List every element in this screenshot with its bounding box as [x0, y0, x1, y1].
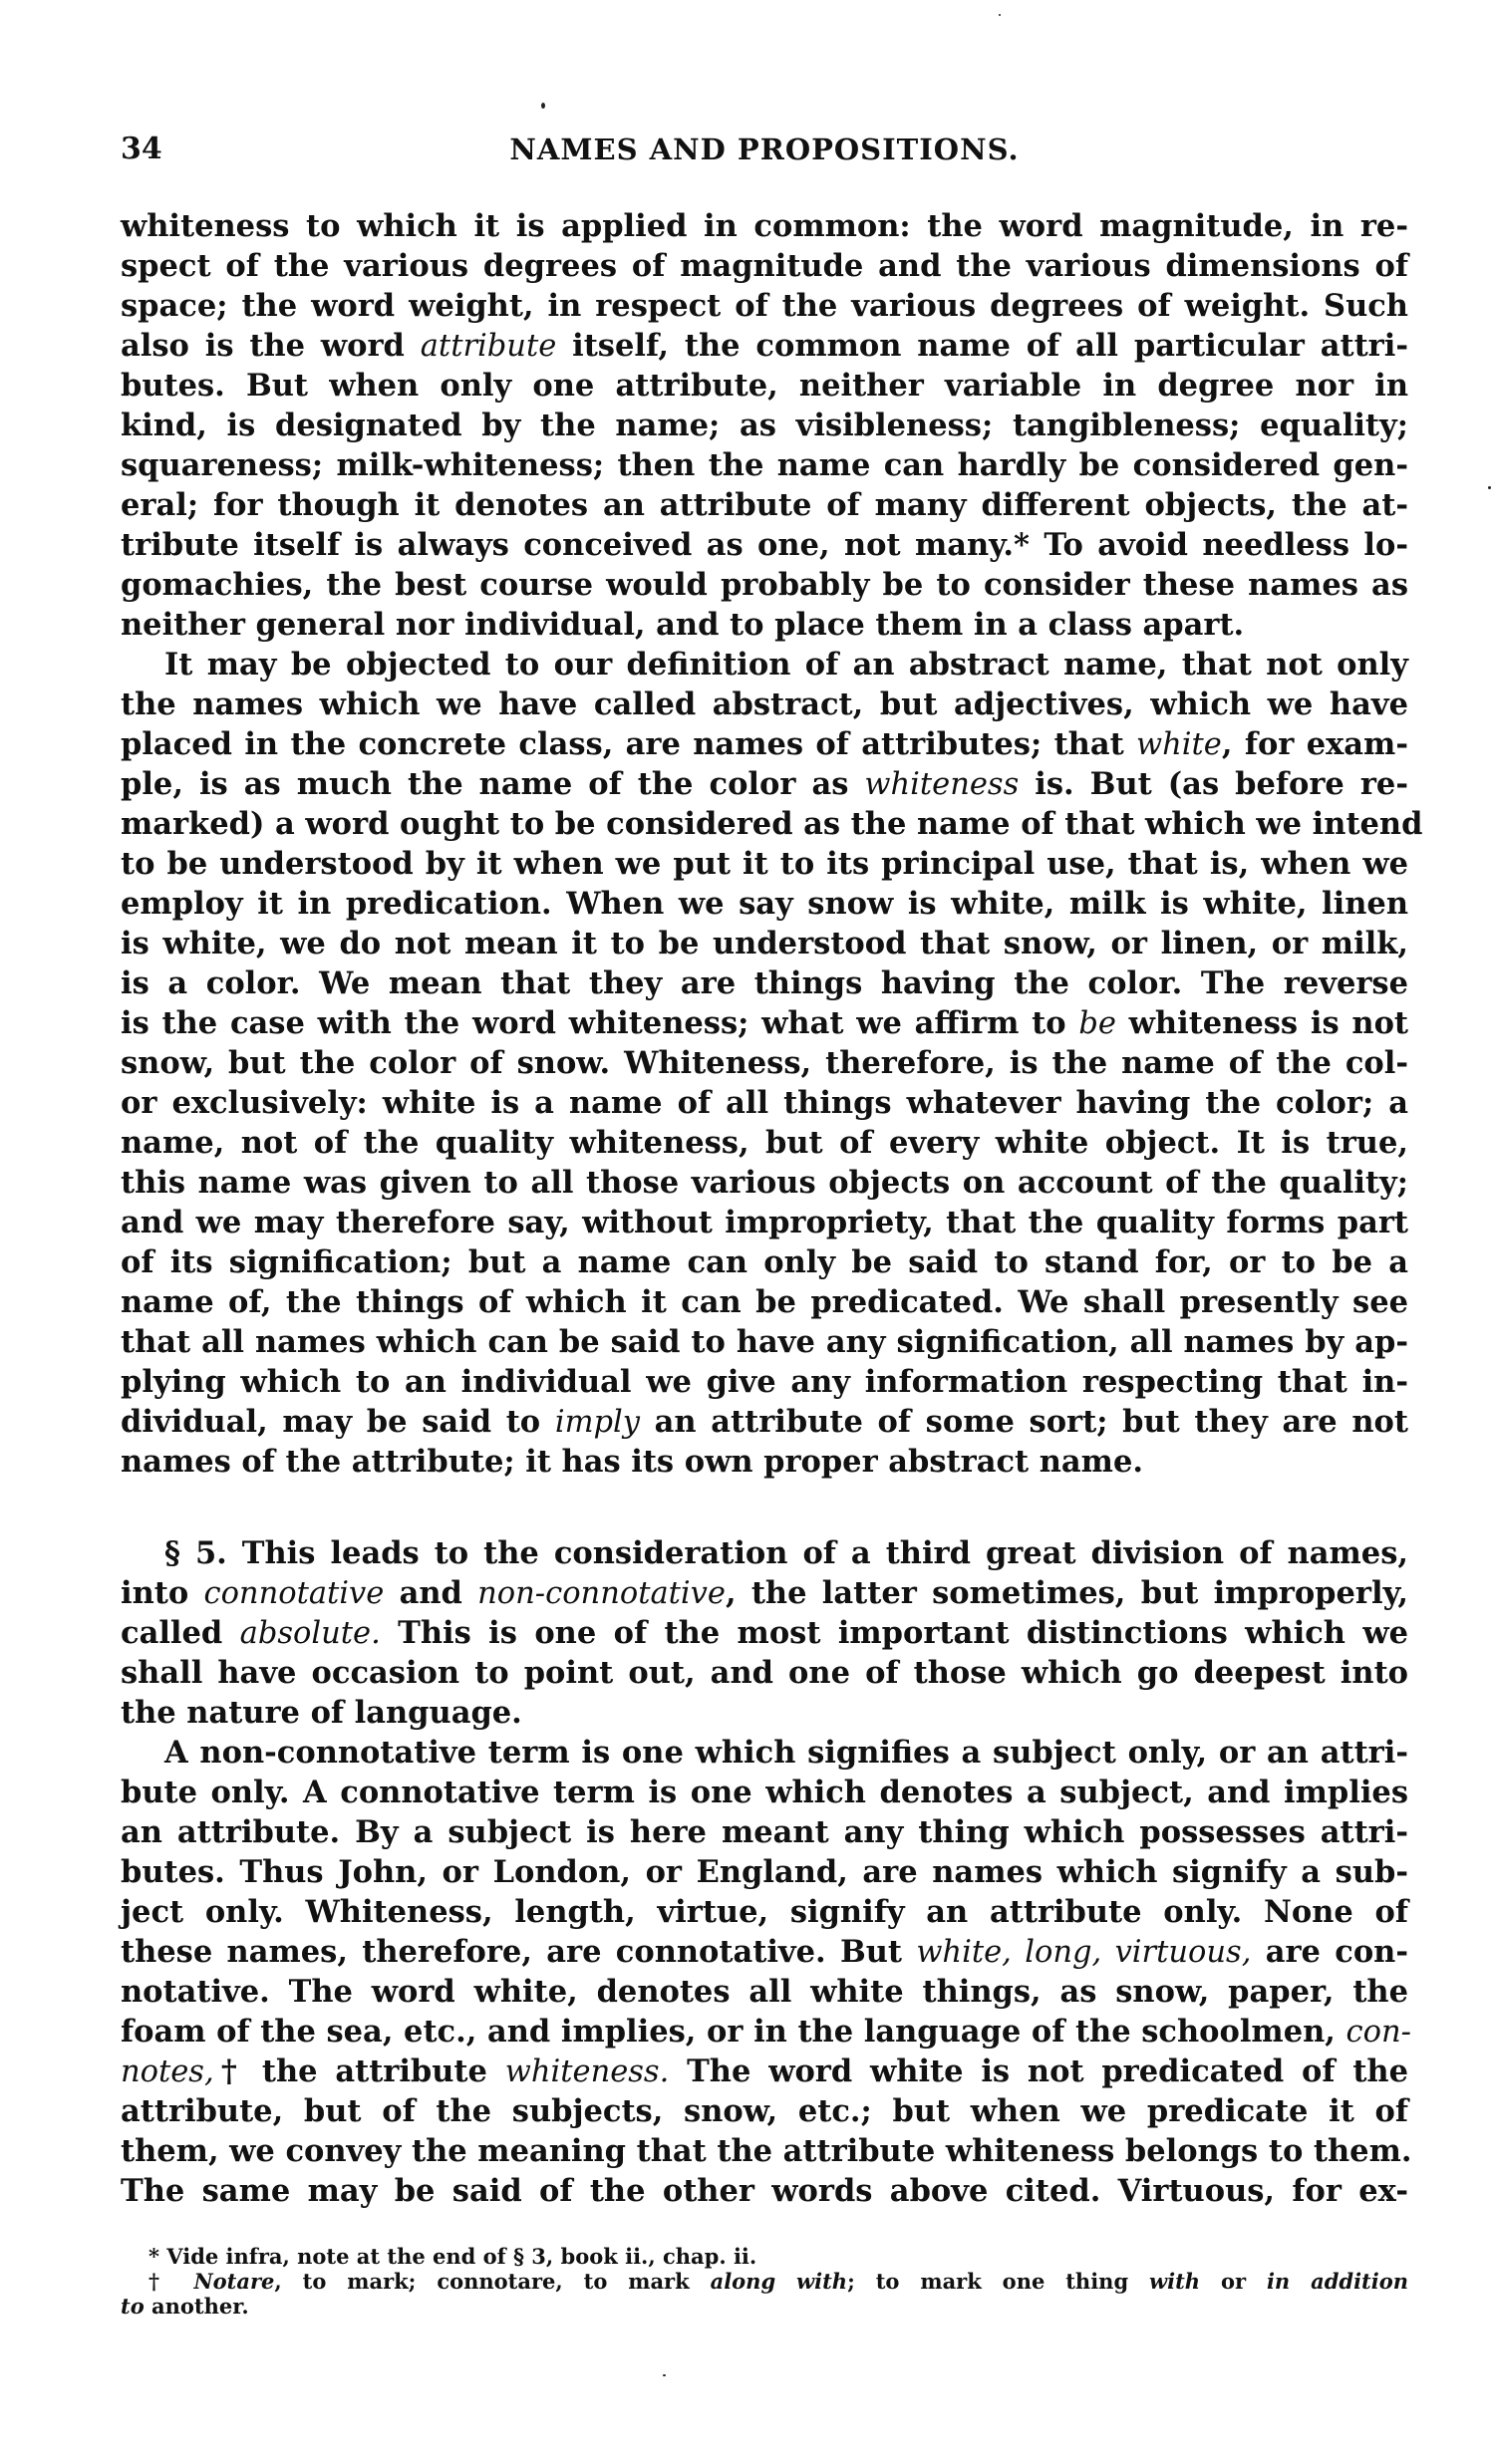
text-run: and [384, 1575, 477, 1611]
text-run: is. But (as before re- [1019, 766, 1408, 802]
italic-text: be [1078, 1006, 1116, 1041]
text-line: and we may therefore say, without improp… [121, 1203, 1408, 1242]
text-run: an attribute. By a subject is here meant… [121, 1814, 1408, 1850]
text-run: dividual, may be said to [121, 1404, 555, 1440]
text-run: also is the word [121, 328, 421, 364]
running-title: NAMES AND PROPOSITIONS. [121, 128, 1408, 171]
text-run: marked) a word ought to be considered as… [121, 806, 1422, 842]
text-line: into connotative and non-connotative, th… [121, 1573, 1408, 1613]
text-line: to be understood by it when we put it to… [121, 844, 1408, 884]
text-run: the nature of language. [121, 1695, 522, 1731]
text-line: neither general nor individual, and to p… [121, 605, 1408, 645]
text-run: It may be objected to our definition of … [164, 647, 1408, 683]
text-run: neither general nor individual, and to p… [121, 607, 1244, 643]
text-line: bute only. A connotative term is one whi… [121, 1773, 1408, 1812]
text-run: them, we convey the meaning that the att… [121, 2133, 1411, 2169]
text-line: kind, is designated by the name; as visi… [121, 406, 1408, 445]
italic-text: notes, [121, 2054, 214, 2089]
text-line: the names which we have called abstract,… [121, 684, 1408, 724]
text-line: ject only. Whiteness, length, virtue, si… [121, 1892, 1408, 1932]
scan-speck-bottom [663, 2374, 666, 2376]
text-run: , to mark; connotare, to mark [274, 2269, 710, 2294]
text-line: The same may be said of the other words … [121, 2171, 1408, 2211]
text-run: is white, we do not mean it to be unders… [121, 926, 1408, 961]
italic-text: non-connotative [477, 1576, 726, 1611]
text-run: whiteness is not [1116, 1005, 1408, 1041]
text-run: , for exam- [1222, 726, 1408, 762]
text-run: § 5. This leads to the consideration of … [164, 1535, 1408, 1571]
text-line: space; the word weight, in respect of th… [121, 286, 1408, 326]
text-run: notative. The word white, denotes all wh… [121, 1974, 1408, 2010]
text-line: butes. But when only one attribute, neit… [121, 366, 1408, 406]
text-run: and we may therefore say, without improp… [121, 1205, 1408, 1240]
text-run: † the attribute [214, 2053, 505, 2089]
italic-text: con- [1346, 2015, 1411, 2050]
text-run: This is one of the most important distin… [381, 1615, 1408, 1651]
text-run: ject only. Whiteness, length, virtue, si… [121, 1894, 1408, 1930]
text-run: to be understood by it when we put it to… [121, 846, 1408, 882]
text-run: The same may be said of the other words … [121, 2173, 1408, 2209]
text-line: also is the word attribute itself, the c… [121, 326, 1408, 366]
text-line: spect of the various degrees of magnitud… [121, 246, 1408, 286]
italic-text: white, long, virtuous, [916, 1935, 1251, 1970]
footnote-line: to another. [121, 2294, 1408, 2319]
text-line: gomachies, the best course would probabl… [121, 565, 1408, 605]
text-run: shall have occasion to point out, and on… [121, 1655, 1408, 1691]
text-line: attribute, but of the subjects, snow, et… [121, 2091, 1408, 2131]
text-run: The word white is not predicated of the [669, 2053, 1408, 2089]
text-run: snow, but the color of snow. Whiteness, … [121, 1045, 1408, 1081]
text-run: * Vide infra, note at the end of § 3, bo… [149, 2244, 756, 2269]
italic-text: imply [555, 1405, 640, 1440]
text-run: ple, is as much the name of the color as [121, 766, 864, 802]
text-run: squareness; milk-whiteness; then the nam… [121, 447, 1408, 483]
text-line: name of, the things of which it can be p… [121, 1282, 1408, 1322]
text-run: itself, the common name of all particula… [556, 328, 1408, 364]
text-line: these names, therefore, are connotative.… [121, 1932, 1408, 1972]
text-line: plying which to an individual we give an… [121, 1362, 1408, 1402]
text-run: tribute itself is always conceived as on… [121, 527, 1408, 563]
italic-text: absolute. [240, 1616, 381, 1651]
text-run: is the case with the word whiteness; wha… [121, 1005, 1078, 1041]
text-line: notes,† the attribute whiteness. The wor… [121, 2052, 1408, 2091]
text-run: names of the attribute; it has its own p… [121, 1444, 1143, 1480]
text-line: is the case with the word whiteness; wha… [121, 1003, 1408, 1043]
text-line: butes. Thus John, or London, or England,… [121, 1852, 1408, 1892]
text-run: foam of the sea, etc., and implies, or i… [121, 2014, 1346, 2050]
text-run: into [121, 1575, 203, 1611]
text-line: name, not of the quality whiteness, but … [121, 1123, 1408, 1163]
text-line: ple, is as much the name of the color as… [121, 764, 1408, 804]
text-line: this name was given to all those various… [121, 1163, 1408, 1203]
footnote-line: * Vide infra, note at the end of § 3, bo… [121, 2244, 1408, 2269]
text-run: is a color. We mean that they are things… [121, 965, 1408, 1001]
text-run: eral; for though it denotes an attribute… [121, 487, 1408, 523]
text-run: employ it in predication. When we say sn… [121, 886, 1408, 922]
text-line: or exclusively: white is a name of all t… [121, 1083, 1408, 1123]
italic-text: Notare [193, 2269, 274, 2294]
italic-text: connotative [203, 1576, 384, 1611]
text-line: It may be objected to our definition of … [121, 645, 1408, 684]
text-run: , the latter sometimes, but improperly, [726, 1575, 1408, 1611]
text-line: names of the attribute; it has its own p… [121, 1442, 1408, 1482]
text-run: placed in the concrete class, are names … [121, 726, 1136, 762]
text-line: placed in the concrete class, are names … [121, 724, 1408, 764]
text-line: foam of the sea, etc., and implies, or i… [121, 2012, 1408, 2052]
text-run: name, not of the quality whiteness, but … [121, 1125, 1408, 1161]
text-line: shall have occasion to point out, and on… [121, 1653, 1408, 1693]
text-run: attribute, but of the subjects, snow, et… [121, 2093, 1408, 2129]
text-line: whiteness to which it is applied in comm… [121, 206, 1408, 246]
text-run: these names, therefore, are connotative.… [121, 1934, 916, 1970]
text-line: called absolute. This is one of the most… [121, 1613, 1408, 1653]
text-line: that all names which can be said to have… [121, 1322, 1408, 1362]
italic-text: whiteness [864, 767, 1019, 802]
text-run: or [1200, 2269, 1267, 2294]
body-text: whiteness to which it is applied in comm… [121, 206, 1408, 2211]
text-run: name of, the things of which it can be p… [121, 1284, 1408, 1320]
running-head: 34 NAMES AND PROPOSITIONS. [121, 128, 1408, 171]
text-line: them, we convey the meaning that the att… [121, 2131, 1408, 2171]
text-line: tribute itself is always conceived as on… [121, 525, 1408, 565]
italic-text: in addition [1267, 2269, 1408, 2294]
scan-speck-margin [1488, 486, 1491, 489]
text-run: are con- [1251, 1934, 1408, 1970]
italic-text: whiteness. [505, 2054, 670, 2089]
text-line: § 5. This leads to the consideration of … [121, 1533, 1408, 1573]
text-run: plying which to an individual we give an… [121, 1364, 1408, 1400]
text-run: this name was given to all those various… [121, 1165, 1408, 1201]
text-run: space; the word weight, in respect of th… [121, 288, 1408, 324]
text-run: an attribute of some sort; but they are … [640, 1404, 1408, 1440]
text-line: is a color. We mean that they are things… [121, 963, 1408, 1003]
text-run: or exclusively: white is a name of all t… [121, 1085, 1408, 1121]
text-run: A non-connotative term is one which sign… [164, 1735, 1408, 1771]
text-line: marked) a word ought to be considered as… [121, 804, 1408, 844]
footnotes: * Vide infra, note at the end of § 3, bo… [121, 2244, 1408, 2319]
text-run: that all names which can be said to have… [121, 1324, 1408, 1360]
text-line: dividual, may be said to imply an attrib… [121, 1402, 1408, 1442]
text-run: called [121, 1615, 240, 1651]
text-line: squareness; milk-whiteness; then the nam… [121, 445, 1408, 485]
text-line: the nature of language. [121, 1693, 1408, 1733]
italic-text: along with [711, 2269, 847, 2294]
text-run: kind, is designated by the name; as visi… [121, 408, 1408, 443]
text-line: eral; for though it denotes an attribute… [121, 485, 1408, 525]
italic-text: with [1149, 2269, 1200, 2294]
text-line: A non-connotative term is one which sign… [121, 1733, 1408, 1773]
italic-text: to [121, 2294, 145, 2319]
text-line: employ it in predication. When we say sn… [121, 884, 1408, 924]
text-run: another. [145, 2294, 249, 2319]
scan-speck-top [541, 103, 545, 109]
text-run: ; to mark one thing [847, 2269, 1149, 2294]
text-line: snow, but the color of snow. Whiteness, … [121, 1043, 1408, 1083]
text-run: whiteness to which it is applied in comm… [121, 208, 1408, 244]
italic-text: attribute [421, 329, 557, 364]
scan-speck-corner [999, 14, 1001, 16]
text-run: gomachies, the best course would probabl… [121, 567, 1408, 603]
text-run: bute only. A connotative term is one whi… [121, 1775, 1408, 1810]
text-line: is white, we do not mean it to be unders… [121, 924, 1408, 963]
text-run: butes. But when only one attribute, neit… [121, 368, 1408, 404]
text-line: an attribute. By a subject is here meant… [121, 1812, 1408, 1852]
footnote-line: † Notare, to mark; connotare, to mark al… [121, 2269, 1408, 2294]
text-line: notative. The word white, denotes all wh… [121, 1972, 1408, 2012]
italic-text: white [1136, 727, 1222, 762]
text-run: of its signification; but a name can onl… [121, 1244, 1408, 1280]
text-run: the names which we have called abstract,… [121, 686, 1408, 722]
text-run: † [149, 2269, 193, 2294]
text-line: of its signification; but a name can onl… [121, 1242, 1408, 1282]
text-run: spect of the various degrees of magnitud… [121, 248, 1408, 284]
text-run: butes. Thus John, or London, or England,… [121, 1854, 1408, 1890]
